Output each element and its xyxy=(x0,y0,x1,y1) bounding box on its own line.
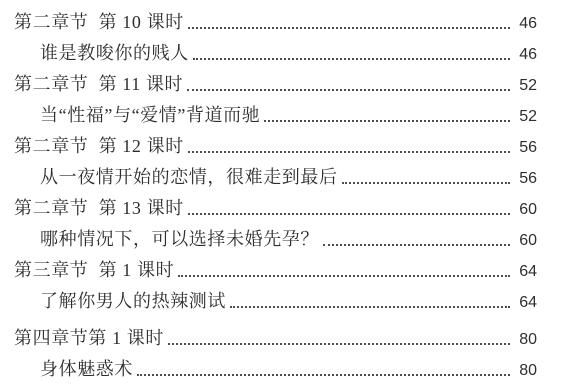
toc-entry-page: 46 xyxy=(515,46,537,64)
dot-leader xyxy=(342,182,510,184)
toc-entry[interactable]: 第二章节 第 11 课时 52 xyxy=(14,68,537,99)
dot-leader xyxy=(323,244,510,246)
toc-entry-page: 80 xyxy=(515,362,537,380)
toc-entry[interactable]: 第三章节 第 1 课时 64 xyxy=(14,254,537,285)
toc-entry-title: 从一夜情开始的恋情，很难走到最后 xyxy=(40,167,338,188)
dot-leader xyxy=(193,58,510,60)
toc-entry-page: 64 xyxy=(515,294,537,312)
toc-entry-title: 第二章节 第 12 课时 xyxy=(14,136,184,157)
toc-entry-title: 第四章节第 1 课时 xyxy=(14,328,164,349)
toc-entry-title: 当“性福”与“爱情”背道而驰 xyxy=(40,105,260,126)
toc-entry[interactable]: 第二章节 第 13 课时 60 xyxy=(14,192,537,223)
dot-leader xyxy=(137,374,510,376)
toc-entry-page: 52 xyxy=(515,77,537,95)
toc-entry[interactable]: 从一夜情开始的恋情，很难走到最后 56 xyxy=(14,161,537,192)
toc-entry-page: 56 xyxy=(515,170,537,188)
toc-entry-page: 46 xyxy=(515,15,537,33)
toc-entry-title: 谁是教唆你的贱人 xyxy=(40,43,189,64)
toc-entry-page: 80 xyxy=(515,331,537,349)
toc-entry-page: 56 xyxy=(515,139,537,157)
toc-entry[interactable]: 谁是教唆你的贱人 46 xyxy=(14,37,537,68)
toc-entry-title: 了解你男人的热辣测试 xyxy=(40,291,226,312)
toc-entry-title: 第三章节 第 1 课时 xyxy=(14,260,174,281)
toc-entry[interactable]: 当“性福”与“爱情”背道而驰 52 xyxy=(14,99,537,130)
toc-entry[interactable]: 第四章节第 1 课时 80 xyxy=(14,322,537,353)
dot-leader xyxy=(188,213,510,215)
toc-entry[interactable]: 第二章节 第 12 课时 56 xyxy=(14,130,537,161)
dot-leader xyxy=(168,343,510,345)
dot-leader xyxy=(188,151,510,153)
toc-entry-title: 第二章节 第 10 课时 xyxy=(14,12,184,33)
toc-entry-title: 第二章节 第 11 课时 xyxy=(14,74,183,95)
toc-entry-page: 52 xyxy=(515,108,537,126)
toc-entry-title: 哪种情况下，可以选择未婚先孕？ xyxy=(40,229,319,250)
toc-entry[interactable]: 身体魅惑术 80 xyxy=(14,353,537,384)
dot-leader xyxy=(188,27,510,29)
toc-entry[interactable]: 第二章节 第 10 课时 46 xyxy=(14,6,537,37)
toc-entry-title: 第二章节 第 13 课时 xyxy=(14,198,184,219)
toc-entry-page: 64 xyxy=(515,263,537,281)
dot-leader xyxy=(178,275,510,277)
dot-leader xyxy=(264,120,510,122)
toc-entry[interactable]: 了解你男人的热辣测试 64 xyxy=(14,285,537,316)
toc-entry-page: 60 xyxy=(515,232,537,250)
toc-entry-page: 60 xyxy=(515,201,537,219)
dot-leader xyxy=(230,306,510,308)
toc-page: 第二章节 第 10 课时 46 谁是教唆你的贱人 46 第二章节 第 11 课时… xyxy=(0,0,571,391)
dot-leader xyxy=(187,89,510,91)
toc-entry-title: 身体魅惑术 xyxy=(40,359,133,380)
toc-entry[interactable]: 哪种情况下，可以选择未婚先孕？ 60 xyxy=(14,223,537,254)
